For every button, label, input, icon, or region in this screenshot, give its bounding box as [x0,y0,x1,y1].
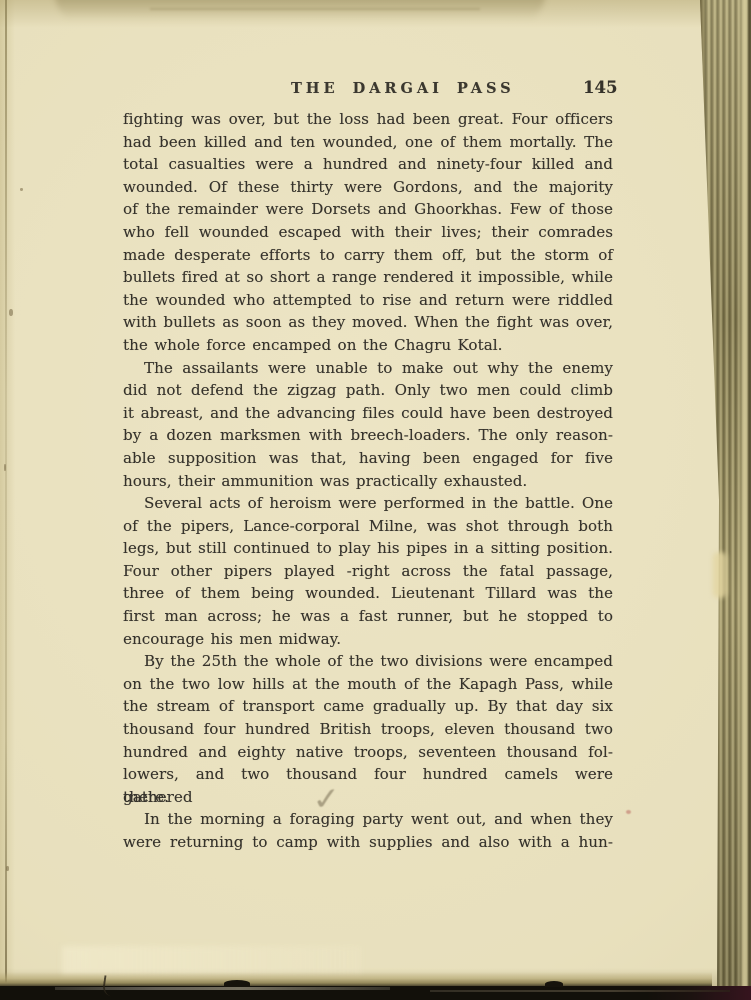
paragraph: Several acts of heroism were performed i… [123,492,613,650]
text-line: with bullets as soon as they moved. When… [123,311,613,334]
text-line: had been killed and ten wounded, one of … [123,131,613,154]
gutter-crease [5,0,7,986]
pencil-check-mark: ✓ [310,781,342,819]
text-line: on the two low hills at the mouth of the… [123,673,613,696]
text-line: lowers, and two thousand four hundred ca… [123,763,613,786]
ink-speck [20,188,23,191]
binding-bump [545,981,563,987]
text-line: the whole force encamped on the Chagru K… [123,334,613,357]
paragraph: fighting was over, but the loss had been… [123,108,613,357]
previous-page-shadow [55,0,545,24]
page-number: 145 [583,78,617,97]
text-line: first man across; he was a fast runner, … [123,605,613,628]
text-block: fighting was over, but the loss had been… [123,108,613,854]
ink-speck [4,464,6,471]
paragraph: The assailants were unable to make out w… [123,357,613,493]
text-line: By the 25th the whole of the two divisio… [123,650,613,673]
fore-edge-blotch [713,552,727,598]
text-line: legs, but still continued to play his pi… [123,537,613,560]
text-line: of the remainder were Dorsets and Ghoork… [123,198,613,221]
text-line: fighting was over, but the loss had been… [123,108,613,131]
text-line: it abreast, and the advancing files coul… [123,402,613,425]
text-line: did not defend the zigzag path. Only two… [123,379,613,402]
text-line: Four other pipers played -right across t… [123,560,613,583]
text-line: of the pipers, Lance-corporal Milne, was… [123,515,613,538]
text-line: the stream of transport came gradually u… [123,695,613,718]
text-line: by a dozen marksmen with breech-loaders.… [123,424,613,447]
table-glint [430,990,730,992]
book-scan-scene: THE DARGAI PASS 145 fighting was over, b… [0,0,751,1000]
text-line: The assailants were unable to make out w… [123,357,613,380]
text-line: Several acts of heroism were performed i… [123,492,613,515]
ink-speck [6,866,9,871]
ink-speck [9,309,13,316]
text-line: In the morning a foraging party went out… [123,808,613,831]
paragraph: In the morning a foraging party went out… [123,808,613,853]
text-line: there. [123,786,613,809]
text-line: were returning to camp with supplies and… [123,831,613,854]
running-head-title: THE DARGAI PASS [291,80,515,97]
foxing-spot [626,810,631,814]
text-line: hundred and eighty native troops, sevent… [123,741,613,764]
text-line: thousand four hundred British troops, el… [123,718,613,741]
text-line: able supposition was that, having been e… [123,447,613,470]
text-line: made desperate efforts to carry them off… [123,244,613,267]
paragraph: By the 25th the whole of the two divisio… [123,650,613,808]
text-line: total casualties were a hundred and nine… [123,153,613,176]
text-line: bullets fired at so short a range render… [123,266,613,289]
text-line: encourage his men midway. [123,628,613,651]
binding-bump [224,980,250,987]
text-line: who fell wounded escaped with their live… [123,221,613,244]
text-line: hours, their ammunition was practically … [123,470,613,493]
text-line: the wounded who attempted to rise and re… [123,289,613,312]
text-line: wounded. Of these thirty were Gordons, a… [123,176,613,199]
text-line: three of them being wounded. Lieutenant … [123,582,613,605]
previous-page-edge-streak [150,8,480,10]
